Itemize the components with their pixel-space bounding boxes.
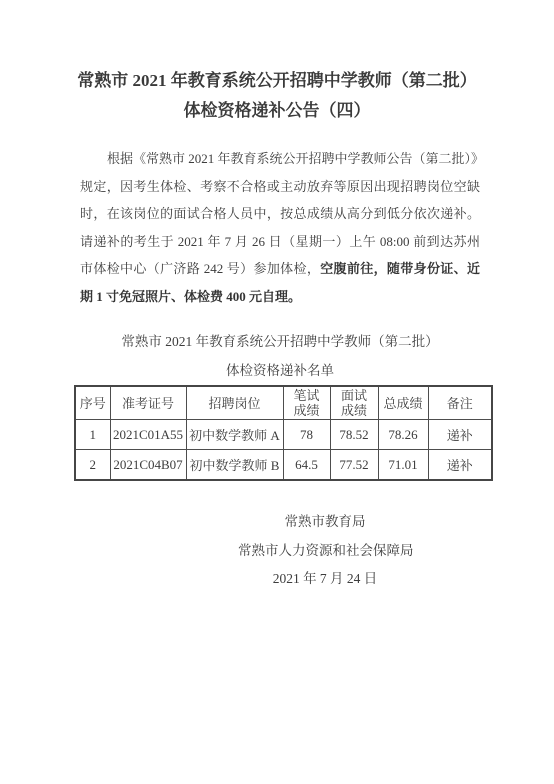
- table-cell: 71.01: [378, 450, 428, 481]
- table-header-text: 成绩: [286, 403, 328, 418]
- table-cell: 78: [283, 420, 330, 450]
- signature-org-hr: 常熟市人力资源和社会保障局: [238, 537, 412, 566]
- signature-date: 2021 年 7 月 24 日: [238, 565, 412, 594]
- doc-title-line2: 体检资格递补公告（四）: [77, 96, 477, 126]
- table-cell: 2: [75, 450, 110, 481]
- signature-block: 常熟市教育局 常熟市人力资源和社会保障局 2021 年 7 月 24 日: [238, 508, 412, 594]
- table-cell: 1: [75, 420, 110, 450]
- table-cell: 初中数学教师 B: [186, 450, 283, 481]
- table-cell: 初中数学教师 A: [186, 420, 283, 450]
- table-cell: 递补: [428, 450, 492, 481]
- table-header-cell: 面试成绩: [330, 386, 378, 420]
- doc-title: 常熟市 2021 年教育系统公开招聘中学教师（第二批） 体检资格递补公告（四）: [77, 66, 477, 126]
- announcement-paragraph: 根据《常熟市 2021 年教育系统公开招聘中学教师公告（第二批）》规定，因考生体…: [80, 145, 480, 310]
- table-row: 22021C04B07初中数学教师 B64.577.5271.01递补: [75, 450, 492, 481]
- table-header-text: 成绩: [333, 403, 376, 418]
- table-cell: 2021C04B07: [110, 450, 186, 481]
- table-header-cell: 总成绩: [378, 386, 428, 420]
- table-cell: 78.26: [378, 420, 428, 450]
- table-cell: 78.52: [330, 420, 378, 450]
- table-header-text: 准考证号: [113, 396, 184, 411]
- paragraph-line: 期 1 寸免冠照片、体检费 400 元自理。: [80, 283, 480, 311]
- table-header-cell: 备注: [428, 386, 492, 420]
- table-header-text: 备注: [431, 396, 490, 411]
- paragraph-bold-run: 空腹前往，随带身份证、近: [320, 261, 480, 276]
- roster-heading-line2: 体检资格递补名单: [80, 356, 480, 385]
- signature-org-education: 常熟市教育局: [238, 508, 412, 537]
- table-header-text: 序号: [78, 396, 108, 411]
- paragraph-line: 请递补的考生于 2021 年 7 月 26 日（星期一）上午 08:00 前到达…: [80, 228, 480, 256]
- table-header-row: 序号准考证号招聘岗位笔试成绩面试成绩总成绩备注: [75, 386, 492, 420]
- table-header-text: 面试: [333, 388, 376, 403]
- table-header-text: 笔试: [286, 388, 328, 403]
- table-cell: 2021C01A55: [110, 420, 186, 450]
- paragraph-run: 请递补的考生于 2021 年 7 月 26 日（星期一）上午 08:00 前到达…: [80, 234, 480, 249]
- paragraph-line: 规定，因考生体检、考察不合格或主动放弃等原因出现招聘岗位空缺: [80, 173, 480, 201]
- paragraph-run: 规定，因考生体检、考察不合格或主动放弃等原因出现招聘岗位空缺: [80, 179, 480, 194]
- table-cell: 递补: [428, 420, 492, 450]
- table-header-cell: 笔试成绩: [283, 386, 330, 420]
- roster-heading-line1: 常熟市 2021 年教育系统公开招聘中学教师（第二批）: [80, 327, 480, 356]
- paragraph-run: 根据《常熟市 2021 年教育系统公开招聘中学教师公告（第二批）》: [107, 151, 484, 166]
- doc-title-line1: 常熟市 2021 年教育系统公开招聘中学教师（第二批）: [77, 66, 477, 96]
- table-header-text: 总成绩: [381, 396, 426, 411]
- table-cell: 64.5: [283, 450, 330, 481]
- table-header-cell: 准考证号: [110, 386, 186, 420]
- paragraph-line: 根据《常熟市 2021 年教育系统公开招聘中学教师公告（第二批）》: [80, 145, 480, 173]
- paragraph-bold-run: 期 1 寸免冠照片、体检费 400 元自理。: [80, 289, 301, 304]
- paragraph-run: 市体检中心（广济路 242 号）参加体检，: [80, 261, 320, 276]
- table-cell: 77.52: [330, 450, 378, 481]
- paragraph-line: 时，在该岗位的面试合格人员中，按总成绩从高分到低分依次递补。: [80, 200, 480, 228]
- paragraph-line: 市体检中心（广济路 242 号）参加体检，空腹前往，随带身份证、近: [80, 255, 480, 283]
- document-page: 常熟市 2021 年教育系统公开招聘中学教师（第二批） 体检资格递补公告（四） …: [0, 0, 554, 784]
- paragraph-run: 时，在该岗位的面试合格人员中，按总成绩从高分到低分依次递补。: [80, 206, 480, 221]
- replacement-roster-table: 序号准考证号招聘岗位笔试成绩面试成绩总成绩备注 12021C01A55初中数学教…: [74, 385, 493, 481]
- table-row: 12021C01A55初中数学教师 A7878.5278.26递补: [75, 420, 492, 450]
- table-header-cell: 招聘岗位: [186, 386, 283, 420]
- roster-heading: 常熟市 2021 年教育系统公开招聘中学教师（第二批） 体检资格递补名单: [80, 327, 480, 385]
- table-header-cell: 序号: [75, 386, 110, 420]
- table-header-text: 招聘岗位: [189, 396, 281, 411]
